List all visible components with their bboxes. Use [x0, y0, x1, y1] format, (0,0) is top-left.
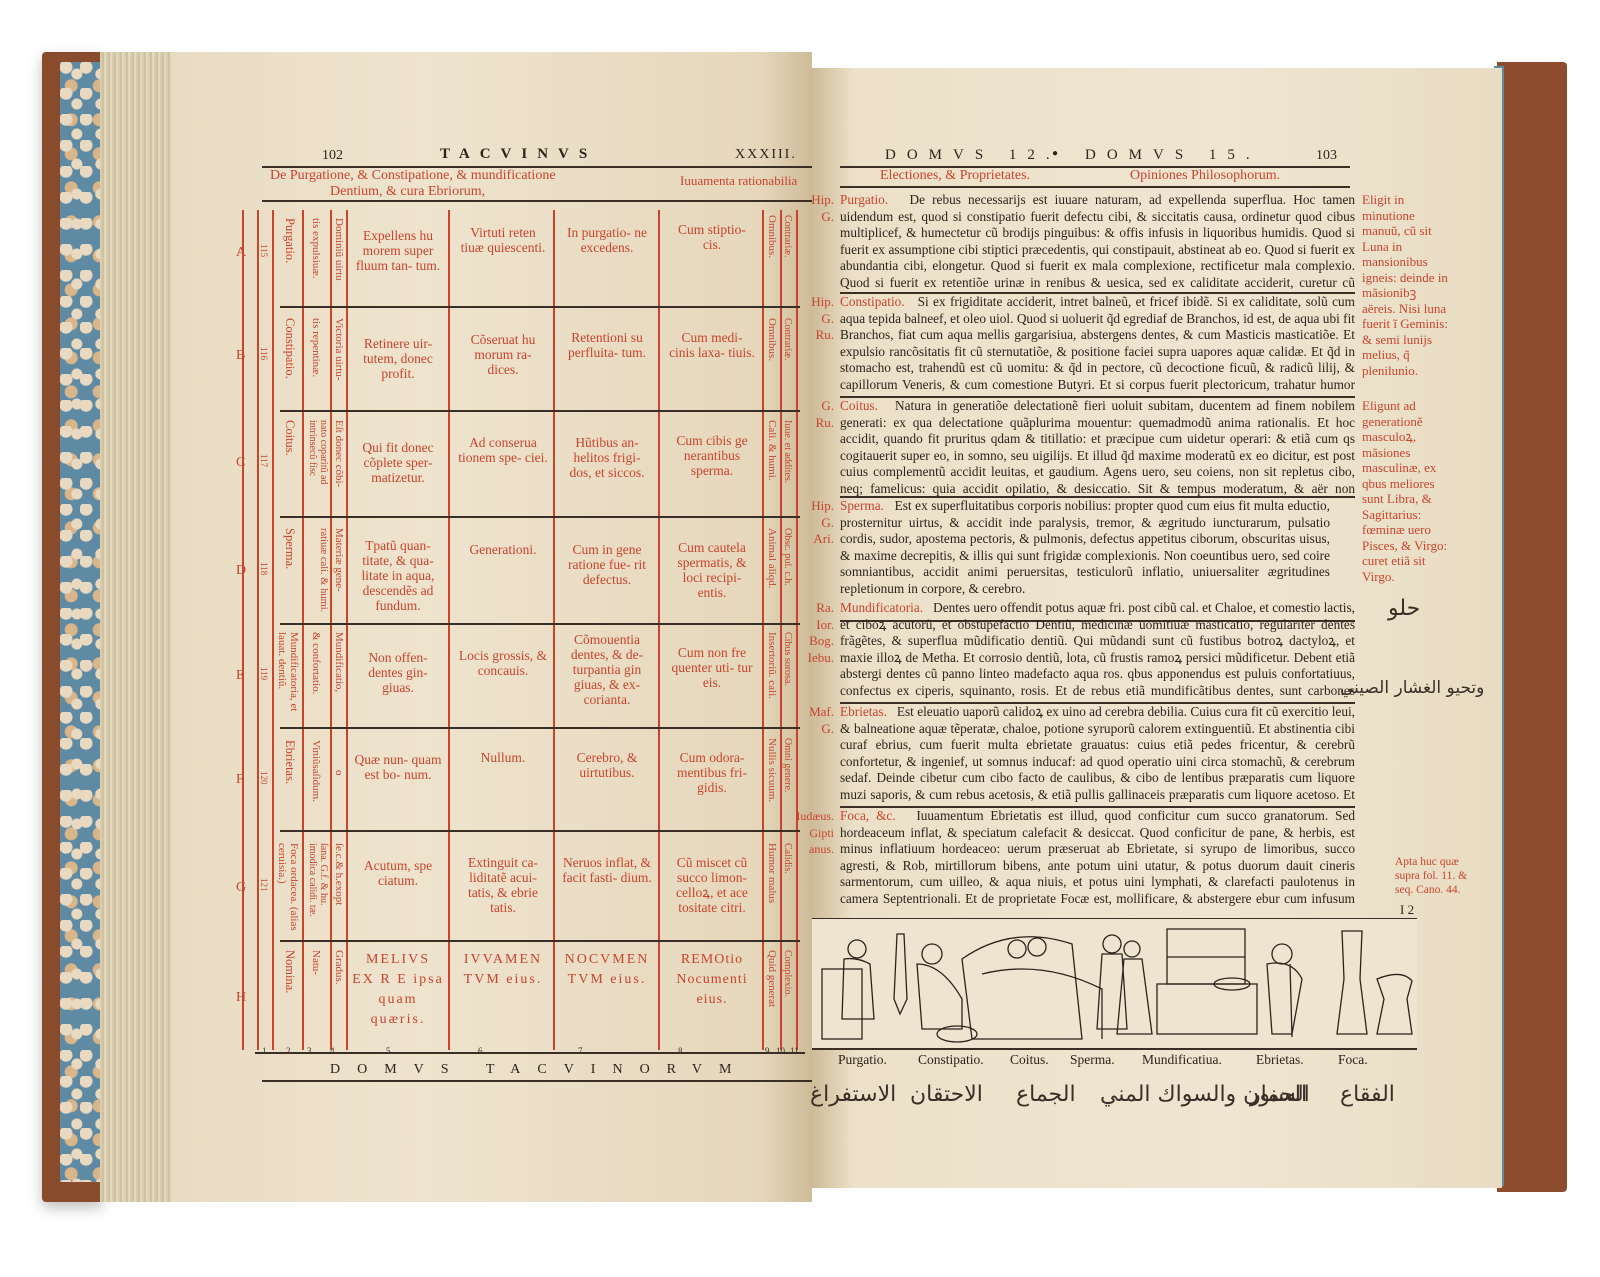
table-cell: Extinguit ca- liditatẽ acui- tatis, & eb… — [458, 855, 548, 915]
ornament: ● — [1052, 148, 1058, 159]
author: Hip. — [811, 294, 834, 309]
author: Hip. — [811, 192, 834, 207]
column-number: 1 — [262, 1046, 267, 1056]
table-cell: Generationi. — [458, 542, 548, 557]
table-cell: Cõseruat hu morum ra- dices. — [458, 332, 548, 377]
grid-line — [242, 210, 244, 1050]
section-text: Dentes uero offendit potus aquæ fri. pos… — [840, 600, 1355, 700]
table-cell: Ad conserua tionem spe- ciei. — [458, 435, 548, 465]
row-grade: Eſt donec cõbi- — [333, 420, 345, 508]
row-number: 119 — [259, 667, 269, 680]
signature-mark: I 2 — [1400, 902, 1414, 918]
table-cell: Acutum, spe ciatum. — [352, 858, 444, 888]
row-divider — [280, 727, 800, 729]
table-cell: Cum cautela spermatis, & loci recipi- en… — [668, 540, 756, 600]
table-column-header: NOCVMEN TVM eius. — [562, 950, 652, 990]
grid-line — [553, 210, 555, 1050]
author: G. — [821, 721, 834, 736]
row-grade: Dominiũ uirtu — [333, 218, 345, 303]
left-running-head: TACVINVS — [440, 146, 597, 163]
table-cell: Cum non fre quenter uti- tur eis. — [668, 645, 756, 690]
table-cell: Cum stiptio- cis. — [668, 222, 756, 252]
row-name: Coitus. — [282, 420, 297, 505]
row-number: 118 — [259, 562, 269, 575]
author: G. — [821, 209, 834, 224]
row-divider — [280, 623, 800, 625]
table-title-line-1: De Purgatione, & Constipatione, & mundif… — [270, 168, 556, 184]
table-cell: Hũtibus an- helitos frigi- dos, et sicco… — [562, 435, 652, 480]
authority-abbrev: Hip.G.Ari. — [796, 498, 834, 548]
arabic-annotation: الجماع — [1016, 1082, 1076, 1107]
table-cell: Tpatũ quan- titate, & qua- litate in aqu… — [352, 538, 444, 613]
table-cell: Cerebro, & uirtutibus. — [562, 750, 652, 780]
row-letter: B — [236, 348, 245, 364]
caption-sperma: Sperma. — [1070, 1052, 1115, 1068]
column-number: 8 — [678, 1046, 683, 1056]
authority-abbrev: Hip.G.Ru. — [796, 294, 834, 344]
row-nature: nato coparitũ ad intrinsecũ fisc — [305, 420, 329, 508]
authority-abbrev: Hip.G. — [796, 192, 834, 225]
caption-constipatio: Constipatio. — [918, 1052, 984, 1068]
column-cell: Cali. & humi. — [766, 420, 778, 508]
column-number: 5 — [386, 1046, 391, 1056]
row-divider — [280, 306, 800, 308]
section-foca: Foca, &c. Iuuamentum Ebrietatis est illu… — [840, 808, 1355, 910]
table-cell: Quæ nun- quam est bo- num. — [352, 752, 444, 782]
grid-line — [448, 210, 450, 1050]
row-name: Purgatio. — [282, 218, 297, 298]
row-letter: F — [236, 772, 244, 788]
section-number: XXXIII. — [735, 147, 797, 163]
author: Maf. — [809, 704, 834, 719]
column-cell: Animal aliqd. — [766, 528, 778, 616]
row-letter: G — [236, 880, 246, 896]
caption-ebrietas: Ebrietas. — [1256, 1052, 1304, 1068]
author: Ru. — [816, 327, 834, 342]
section-label: Foca, &c. — [840, 808, 896, 823]
row-letter: D — [236, 563, 246, 579]
row-nature: tis repentinæ. — [310, 318, 322, 403]
author: G. — [821, 398, 834, 413]
right-header-right: Opiniones Philosophorum. — [1130, 168, 1280, 184]
section-text: Si ex frigiditate acciderit, intret baln… — [840, 294, 1355, 394]
row-grade: o — [333, 770, 345, 800]
woodcut-illustration — [812, 918, 1417, 1049]
row-name: Sperma. — [282, 528, 297, 613]
row-nature: & confortatio. — [310, 632, 322, 722]
rule — [812, 1048, 1417, 1050]
arabic-annotation: الفقاع — [1340, 1082, 1395, 1107]
column-cell: Contrariæ. — [782, 318, 793, 403]
arabic-annotation: الحمار — [1250, 1082, 1307, 1107]
section-label: Purgatio. — [840, 192, 888, 207]
column-number: 10 — [776, 1046, 785, 1056]
section-coitus: Coitus. Natura in generatiõe delectation… — [840, 398, 1355, 498]
table-cell: Locis grossis, & concauis. — [458, 648, 548, 678]
row-grade: Materiæ gene- — [333, 528, 345, 616]
section-text: Natura in generatiõe delectationẽ fieri … — [840, 398, 1355, 498]
column-number: 2 — [286, 1046, 291, 1056]
table-cell: Cõmouentia dentes, & de- turpantia gin g… — [562, 632, 652, 707]
row-number: 117 — [259, 454, 269, 467]
arabic-annotation: الاحتقان — [910, 1082, 983, 1107]
author: Bog. — [809, 633, 834, 648]
right-cover-leather — [1497, 62, 1567, 1192]
row-number: 115 — [259, 244, 269, 257]
row-number: 120 — [259, 771, 269, 785]
column-number: 6 — [478, 1046, 483, 1056]
margin-note-purgatio: Eligit in minutione manuũ, cũ sit Luna i… — [1362, 192, 1452, 378]
table-cell: Retinere uir- tutem, donec profit. — [352, 336, 444, 381]
section-constipatio: Constipatio. Si ex frigiditate acciderit… — [840, 294, 1355, 394]
marbled-endpaper — [60, 62, 100, 1182]
table-cell: Non offen- dentes gin- giuas. — [352, 650, 444, 695]
rule — [262, 1080, 812, 1082]
grid-line — [330, 210, 332, 1050]
row-name: Nomina. — [282, 950, 297, 1040]
section-text: Est ex superfluitatibus corporis nobiliu… — [840, 498, 1330, 596]
section-label: Sperma. — [840, 498, 884, 513]
caption-mundificatiua: Mundificatiua. — [1142, 1052, 1222, 1068]
column-number: 7 — [578, 1046, 583, 1056]
row-letter: H — [236, 990, 246, 1006]
author: Iudæus. — [796, 809, 834, 823]
table-cell: Neruos inflat, & facit fasti- dium. — [562, 855, 652, 885]
right-running-head-1: DOMVS 12. — [885, 147, 1061, 164]
authority-abbrev: Maf.G. — [796, 704, 834, 737]
table-column-header: REMOtio Nocumenti eius. — [668, 950, 756, 1010]
margin-note-foca: Apta huc quæ supra fol. 11. & seq. Cano.… — [1395, 855, 1470, 897]
row-name: Mundificatoria, et lauat. dentiũ. — [276, 632, 300, 722]
section-label: Mundificatoria. — [840, 600, 923, 615]
table-cell: Nullum. — [458, 750, 548, 765]
table-cell: Cũ miscet cũ succo limon- celloꝝ, et ace… — [668, 855, 756, 915]
grid-line — [762, 210, 764, 1050]
section-label: Ebrietas. — [840, 704, 887, 719]
section-text: Iuuamentum Ebrietatis est illud, quod co… — [840, 808, 1355, 910]
section-label: Coitus. — [840, 398, 878, 413]
grid-line — [272, 210, 274, 1050]
table-cell: Virtuti reten tiuæ quiescenti. — [458, 225, 548, 255]
authority-abbrev: Iudæus.Gipti anus. — [796, 808, 834, 858]
table-cell: Cum medi- cinis laxa- tiuis. — [668, 330, 756, 360]
column-cell: Obsc. pul. c.h. — [782, 528, 793, 616]
column-number: 9 — [765, 1046, 770, 1056]
table-column-header: IVVAMEN TVM eius. — [458, 950, 548, 990]
caption-purgatio: Purgatio. — [838, 1052, 887, 1068]
row-letter: A — [236, 245, 246, 261]
author: Ru. — [816, 415, 834, 430]
right-page-number: 103 — [1316, 148, 1337, 164]
margin-note-coitus: Eligunt ad generationẽ masculoꝝ, mãsione… — [1362, 398, 1452, 584]
arabic-annotation: وتحيو الغشار الصيني — [1340, 678, 1484, 698]
section-mundificatoria: Mundificatoria. Dentes uero offendit pot… — [840, 600, 1355, 700]
row-grade: Victoria uirtu- — [333, 318, 345, 403]
column-number: 11 — [790, 1046, 799, 1056]
section-text: De rebus necessarijs est iuuare naturam,… — [840, 192, 1355, 292]
author: Ari. — [813, 531, 834, 546]
column-cell: Quid generat — [766, 950, 778, 1045]
column-number: 3 — [307, 1046, 312, 1056]
right-running-head-2: DOMVS 15. — [1085, 147, 1261, 164]
table-title-line-2: Dentium, & cura Ebriorum, — [330, 184, 485, 200]
row-divider — [280, 410, 800, 412]
row-number: 116 — [259, 347, 269, 360]
author: Ior. — [816, 617, 834, 632]
section-sperma: Sperma. Est ex superfluitatibus corporis… — [840, 498, 1330, 616]
row-name: Foca ordacea. (alias ceruisia.) — [276, 843, 300, 938]
column-cell: Nullis sicuum. — [766, 738, 778, 826]
column-cell: Cibus sorosa. — [782, 632, 793, 722]
section-purgatio: Purgatio. De rebus necessarijs est iuuar… — [840, 192, 1355, 292]
row-name: Ebrietas. — [282, 740, 297, 825]
authority-abbrev: G.Ru. — [796, 398, 834, 431]
column-cell: Omnibus. — [766, 215, 778, 300]
column-number: 4 — [330, 1046, 335, 1056]
row-grade: Mundificatio, — [333, 632, 345, 722]
authority-abbrev: Ra.Ior.Bog.Iebu. — [796, 600, 834, 666]
row-nature: tis expulsiuæ. — [310, 218, 322, 303]
arabic-annotation: الاستفراغ — [810, 1082, 896, 1107]
table-title-right: Iuuamenta rationabilia — [680, 173, 797, 189]
row-divider — [280, 940, 800, 942]
grid-line — [257, 210, 259, 1050]
row-grade: Gradus. — [333, 950, 345, 1040]
column-cell: Iuue. et addites. — [782, 420, 793, 508]
row-letter: E — [236, 668, 245, 684]
table-cell: Retentioni su perfluita- tum. — [562, 330, 652, 360]
rule — [840, 186, 1350, 188]
author: Iebu. — [808, 650, 834, 665]
column-cell: Contrariæ. — [782, 215, 793, 300]
caption-coitus: Coitus. — [1010, 1052, 1049, 1068]
arabic-annotation: حلو — [1388, 596, 1420, 621]
rule — [255, 1052, 805, 1054]
table-cell: In purgatio- ne excedens. — [562, 225, 652, 255]
grid-line — [658, 210, 660, 1050]
left-page-number: 102 — [322, 148, 343, 164]
author: Hip. — [811, 498, 834, 513]
section-text: Est eleuatio uaporũ calidoꝝ ex uino ad c… — [840, 704, 1355, 804]
column-cell: Omnibus. — [766, 318, 778, 403]
woodcut-scene-icon — [812, 919, 1417, 1049]
row-divider — [280, 830, 800, 832]
left-footer-title: DOMVS TACVINORVM — [330, 1062, 748, 1078]
row-name: Constipatio. — [282, 318, 297, 403]
row-nature: ſana. G.f. & hu. imodica calidi. tæ. — [305, 843, 329, 938]
table-cell: Cum cibis ge nerantibus sperma. — [668, 433, 756, 478]
table-cell: Cum in gene ratione fue- rit defectus. — [562, 542, 652, 587]
row-grade: ſe.c.& h.exopt — [333, 843, 345, 938]
author: G. — [821, 515, 834, 530]
table-cell: Cum odora- mentibus fri- gidis. — [668, 750, 756, 795]
column-cell: Calidis. — [782, 843, 793, 938]
column-cell: Humor malus — [766, 843, 778, 938]
author: Gipti anus. — [809, 826, 834, 857]
caption-foca: Foca. — [1338, 1052, 1368, 1068]
author: G. — [821, 311, 834, 326]
table-cell: Expellens hu morem super fluum tan- tum. — [352, 228, 444, 273]
column-cell: Complexio. — [782, 950, 793, 1045]
table-cell: Qui fit donec cõplete sper- matizetur. — [352, 440, 444, 485]
author: Ra. — [816, 600, 834, 615]
row-nature: ratiuæ cali. & humi. — [305, 528, 329, 616]
table-column-header: MELIVS EX R E ipsa quam quæris. — [352, 950, 444, 1030]
row-divider — [280, 516, 800, 518]
grid-line — [302, 210, 304, 1050]
row-number: 121 — [259, 878, 269, 892]
section-label: Constipatio. — [840, 294, 905, 309]
rule — [262, 200, 812, 202]
grid-line — [346, 210, 348, 1050]
column-cell: Omni genere. — [782, 738, 793, 826]
row-nature: Viniũsaſidum. — [310, 740, 322, 825]
row-letter: C — [236, 455, 245, 471]
row-nature: Natu- — [310, 950, 322, 1040]
section-ebrietas: Ebrietas. Est eleuatio uaporũ calidoꝝ ex… — [840, 704, 1355, 804]
right-header-left: Electiones, & Proprietates. — [880, 168, 1030, 184]
column-cell: Insertoriũ. cali. — [766, 632, 778, 722]
